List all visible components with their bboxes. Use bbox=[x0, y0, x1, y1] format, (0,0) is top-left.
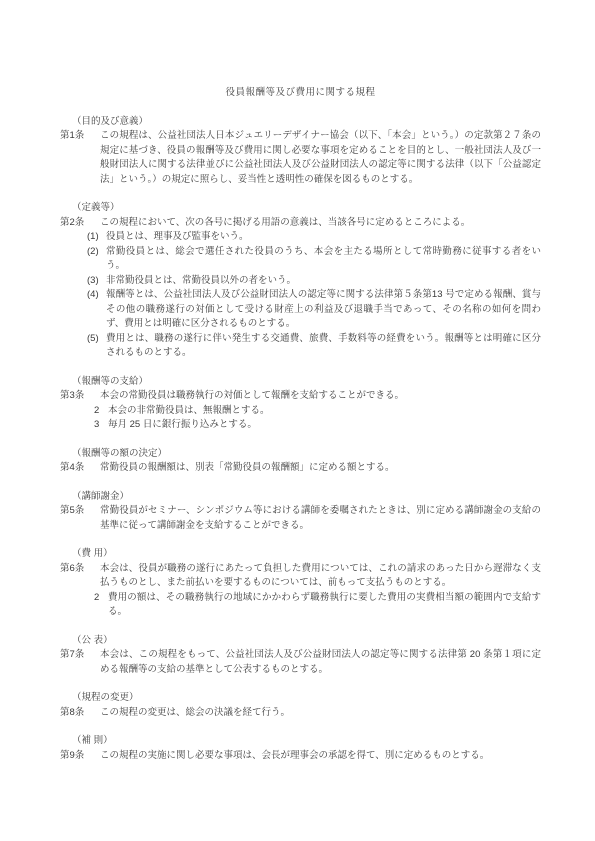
item-text: 常勤役員とは、総会で選任された役員のうち、本会を主たる場所として常時勤務に従事す… bbox=[106, 245, 541, 274]
section-heading: （公 表） bbox=[72, 634, 541, 649]
item-number: (5) bbox=[87, 332, 106, 361]
section-heading: （費 用） bbox=[72, 547, 541, 562]
article-label: 第4条 bbox=[60, 461, 100, 476]
article-main: 第5条 常勤役員がセミナー、シンポジウム等における講師を委嘱されたときは、別に定… bbox=[60, 504, 541, 533]
item-text: 費用とは、職務の遂行に伴い発生する交通費、旅費、手数料等の経費をいう。報酬等とは… bbox=[106, 332, 541, 361]
section-heading: （定義等） bbox=[72, 201, 541, 216]
article-7: 第7条 本会は、この規程をもって、公益社団法人及び公益財団法人の認定等に関する法… bbox=[60, 648, 541, 677]
item-number: (1) bbox=[87, 230, 106, 245]
section-expenses: （費 用） 第6条 本会は、役員が職務の遂行にあたって負担した費用については、こ… bbox=[60, 547, 541, 620]
article-8: 第8条 この規程の変更は、総会の決議を経て行う。 bbox=[60, 706, 541, 721]
section-heading: （報酬等の額の決定） bbox=[72, 447, 541, 462]
section-heading: （規程の変更） bbox=[72, 691, 541, 706]
paragraph-number: 2 bbox=[94, 591, 108, 620]
article-6: 第6条 本会は、役員が職務の遂行にあたって負担した費用については、これの請求のあ… bbox=[60, 562, 541, 620]
article-3: 第3条 本会の常勤役員は職務執行の対価として報酬を支給することができる。 2 本… bbox=[60, 389, 541, 433]
section-heading: （補 則） bbox=[72, 734, 541, 749]
article-label: 第9条 bbox=[60, 749, 100, 764]
article-paragraph-3: 3 毎月 25 日に銀行振り込みとする。 bbox=[94, 418, 541, 433]
article-main: 第7条 本会は、この規程をもって、公益社団法人及び公益財団法人の認定等に関する法… bbox=[60, 648, 541, 677]
section-heading: （講師謝金） bbox=[72, 490, 541, 505]
article-text: 常勤役員がセミナー、シンポジウム等における講師を委嘱されたときは、別に定める講師… bbox=[100, 504, 541, 533]
paragraph-number: 3 bbox=[94, 418, 108, 433]
section-lecturer-fee: （講師謝金） 第5条 常勤役員がセミナー、シンポジウム等における講師を委嘱された… bbox=[60, 490, 541, 534]
article-main: 第6条 本会は、役員が職務の遂行にあたって負担した費用については、これの請求のあ… bbox=[60, 562, 541, 591]
document-page: 役員報酬等及び費用に関する規程 （目的及び意義） 第1条 この規程は、公益社団法… bbox=[0, 0, 595, 841]
article-main: 第2条 この規程において、次の各号に掲げる用語の意義は、当該各号に定めるところに… bbox=[60, 216, 541, 231]
article-main: 第8条 この規程の変更は、総会の決議を経て行う。 bbox=[60, 706, 541, 721]
article-label: 第3条 bbox=[60, 389, 100, 404]
section-amount: （報酬等の額の決定） 第4条 常勤役員の報酬額は、別表「常勤役員の報酬額」に定め… bbox=[60, 447, 541, 476]
article-main: 第3条 本会の常勤役員は職務執行の対価として報酬を支給することができる。 bbox=[60, 389, 541, 404]
article-9: 第9条 この規程の実施に関し必要な事項は、会長が理事会の承認を得て、別に定めるも… bbox=[60, 749, 541, 764]
article-text: 本会は、この規程をもって、公益社団法人及び公益財団法人の認定等に関する法律第 2… bbox=[100, 648, 541, 677]
article-5: 第5条 常勤役員がセミナー、シンポジウム等における講師を委嘱されたときは、別に定… bbox=[60, 504, 541, 533]
definition-item-5: (5) 費用とは、職務の遂行に伴い発生する交通費、旅費、手数料等の経費をいう。報… bbox=[87, 332, 541, 361]
article-label: 第7条 bbox=[60, 648, 100, 677]
article-text: この規程において、次の各号に掲げる用語の意義は、当該各号に定めるところによる。 bbox=[100, 216, 541, 231]
article-1: 第1条 この規程は、公益社団法人日本ジュエリーデザイナー協会（以下、「本会」とい… bbox=[60, 129, 541, 187]
article-text: 常勤役員の報酬額は、別表「常勤役員の報酬額」に定める額とする。 bbox=[100, 461, 541, 476]
article-paragraph-2: 2 本会の非常勤役員は、無報酬とする。 bbox=[94, 404, 541, 419]
document-content: 役員報酬等及び費用に関する規程 （目的及び意義） 第1条 この規程は、公益社団法… bbox=[60, 86, 541, 763]
section-payment: （報酬等の支給） 第3条 本会の常勤役員は職務執行の対価として報酬を支給すること… bbox=[60, 375, 541, 433]
article-label: 第8条 bbox=[60, 706, 100, 721]
section-definitions: （定義等） 第2条 この規程において、次の各号に掲げる用語の意義は、当該各号に定… bbox=[60, 201, 541, 361]
definition-item-2: (2) 常勤役員とは、総会で選任された役員のうち、本会を主たる場所として常時勤務… bbox=[87, 245, 541, 274]
article-main: 第1条 この規程は、公益社団法人日本ジュエリーデザイナー協会（以下、「本会」とい… bbox=[60, 129, 541, 187]
paragraph-text: 毎月 25 日に銀行振り込みとする。 bbox=[108, 418, 541, 433]
article-4: 第4条 常勤役員の報酬額は、別表「常勤役員の報酬額」に定める額とする。 bbox=[60, 461, 541, 476]
section-heading: （報酬等の支給） bbox=[72, 375, 541, 390]
article-label: 第6条 bbox=[60, 562, 100, 591]
item-number: (2) bbox=[87, 245, 106, 274]
article-text: 本会は、役員が職務の遂行にあたって負担した費用については、これの請求のあった日か… bbox=[100, 562, 541, 591]
article-text: この規程の変更は、総会の決議を経て行う。 bbox=[100, 706, 541, 721]
article-label: 第5条 bbox=[60, 504, 100, 533]
document-title: 役員報酬等及び費用に関する規程 bbox=[60, 86, 541, 101]
definition-item-4: (4) 報酬等とは、公益社団法人及び公益財団法人の認定等に関する法律第５条第13… bbox=[87, 288, 541, 332]
paragraph-text: 費用の額は、その職務執行の地域にかかわらず職務執行に要した費用の実費相当額の範囲… bbox=[108, 591, 541, 620]
paragraph-number: 2 bbox=[94, 404, 108, 419]
article-label: 第1条 bbox=[60, 129, 100, 187]
article-paragraph-2: 2 費用の額は、その職務執行の地域にかかわらず職務執行に要した費用の実費相当額の… bbox=[94, 591, 541, 620]
section-purpose: （目的及び意義） 第1条 この規程は、公益社団法人日本ジュエリーデザイナー協会（… bbox=[60, 115, 541, 188]
item-text: 役員とは、理事及び監事をいう。 bbox=[106, 230, 541, 245]
article-label: 第2条 bbox=[60, 216, 100, 231]
definition-item-3: (3) 非常勤役員とは、常勤役員以外の者をいう。 bbox=[87, 274, 541, 289]
section-amendment: （規程の変更） 第8条 この規程の変更は、総会の決議を経て行う。 bbox=[60, 691, 541, 720]
article-2: 第2条 この規程において、次の各号に掲げる用語の意義は、当該各号に定めるところに… bbox=[60, 216, 541, 361]
article-text: 本会の常勤役員は職務執行の対価として報酬を支給することができる。 bbox=[100, 389, 541, 404]
item-number: (4) bbox=[87, 288, 106, 332]
section-heading: （目的及び意義） bbox=[72, 115, 541, 130]
item-text: 報酬等とは、公益社団法人及び公益財団法人の認定等に関する法律第５条第13 号で定… bbox=[106, 288, 541, 332]
item-text: 非常勤役員とは、常勤役員以外の者をいう。 bbox=[106, 274, 541, 289]
article-main: 第4条 常勤役員の報酬額は、別表「常勤役員の報酬額」に定める額とする。 bbox=[60, 461, 541, 476]
paragraph-text: 本会の非常勤役員は、無報酬とする。 bbox=[108, 404, 541, 419]
section-supplementary: （補 則） 第9条 この規程の実施に関し必要な事項は、会長が理事会の承認を得て、… bbox=[60, 734, 541, 763]
item-number: (3) bbox=[87, 274, 106, 289]
article-text: この規程の実施に関し必要な事項は、会長が理事会の承認を得て、別に定めるものとする… bbox=[100, 749, 541, 764]
article-text: この規程は、公益社団法人日本ジュエリーデザイナー協会（以下、「本会」という。）の… bbox=[100, 129, 541, 187]
article-main: 第9条 この規程の実施に関し必要な事項は、会長が理事会の承認を得て、別に定めるも… bbox=[60, 749, 541, 764]
section-publication: （公 表） 第7条 本会は、この規程をもって、公益社団法人及び公益財団法人の認定… bbox=[60, 634, 541, 678]
definition-item-1: (1) 役員とは、理事及び監事をいう。 bbox=[87, 230, 541, 245]
